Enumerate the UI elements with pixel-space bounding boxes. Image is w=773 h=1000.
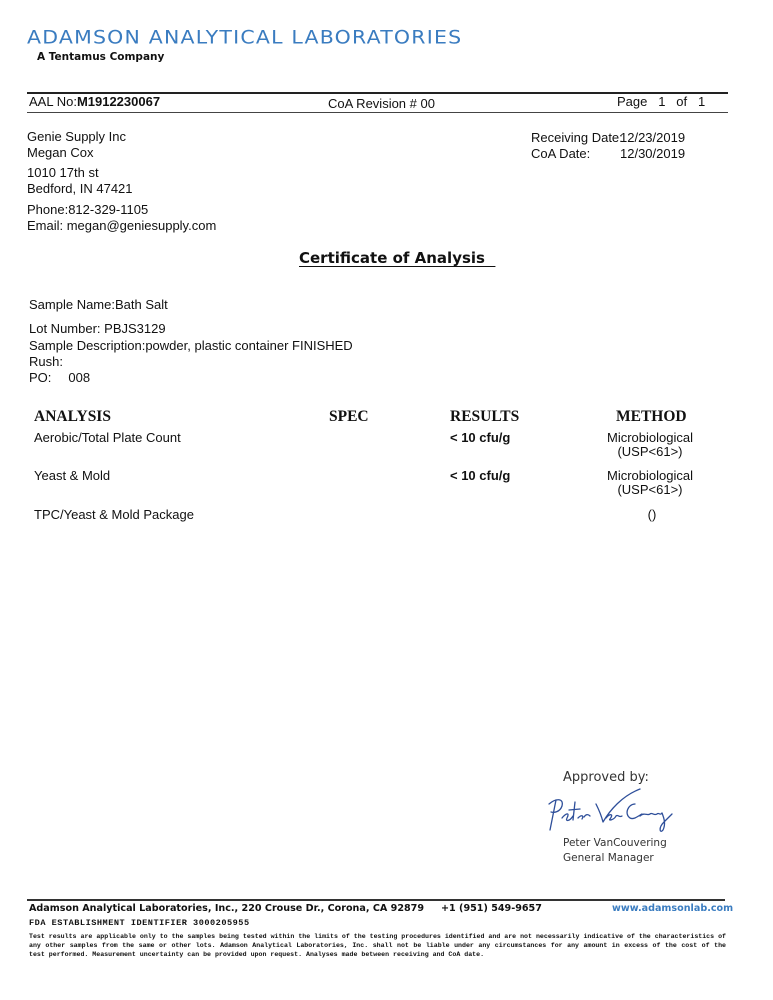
coa-date-label: CoA Date: bbox=[531, 146, 590, 162]
sample-name-label: Sample Name: bbox=[29, 297, 115, 312]
method-line2: (USP<61>) bbox=[590, 445, 710, 459]
sample-description: Sample Description:powder, plastic conta… bbox=[29, 338, 353, 354]
lot-number: Lot Number: PBJS3129 bbox=[29, 321, 166, 337]
po: PO:008 bbox=[29, 370, 90, 386]
certificate-title-text: Certificate of Analysis bbox=[299, 249, 485, 267]
lot-number-value: PBJS3129 bbox=[104, 321, 165, 336]
column-header-spec: SPEC bbox=[329, 408, 369, 426]
header-bottom-rule bbox=[27, 112, 728, 113]
fda-identifier: FDA ESTABLISHMENT IDENTIFIER 3000205955 bbox=[29, 918, 250, 928]
method-cell: () bbox=[592, 508, 712, 522]
client-address-line2: Bedford, IN 47421 bbox=[27, 181, 133, 197]
lab-logo-title: ADAMSON ANALYTICAL LABORATORIES bbox=[27, 26, 462, 48]
method-line1: Microbiological bbox=[590, 431, 710, 445]
page-indicator: Page 1 of 1 bbox=[617, 94, 705, 109]
po-label: PO: bbox=[29, 370, 51, 385]
receiving-date-label: Receiving Date: bbox=[531, 130, 623, 146]
signer-block: Peter VanCouvering General Manager bbox=[563, 836, 667, 866]
analysis-cell: Yeast & Mold bbox=[34, 469, 110, 483]
client-address-line1: 1010 17th st bbox=[27, 165, 99, 181]
coa-date-value: 12/30/2019 bbox=[620, 146, 685, 162]
client-company: Genie Supply Inc bbox=[27, 129, 126, 145]
signer-role: General Manager bbox=[563, 851, 667, 866]
analysis-cell: Aerobic/Total Plate Count bbox=[34, 431, 181, 445]
signer-name: Peter VanCouvering bbox=[563, 836, 667, 851]
aal-number-label: AAL No: bbox=[29, 94, 77, 109]
approved-by-label: Approved by: bbox=[563, 770, 649, 785]
method-cell: Microbiological (USP<61>) bbox=[590, 469, 710, 497]
method-line1: Microbiological bbox=[590, 469, 710, 483]
coa-revision: CoA Revision # 00 bbox=[328, 96, 435, 111]
result-cell: < 10 cfu/g bbox=[450, 431, 510, 445]
sample-description-value: powder, plastic container FINISHED bbox=[145, 338, 352, 353]
footer-address: Adamson Analytical Laboratories, Inc., 2… bbox=[29, 903, 424, 914]
footer-phone: +1 (951) 549-9657 bbox=[441, 903, 542, 914]
method-line2: (USP<61>) bbox=[590, 483, 710, 497]
sample-name: Sample Name:Bath Salt bbox=[29, 297, 168, 313]
column-header-method: METHOD bbox=[616, 408, 687, 426]
certificate-title: Certificate of Analysis bbox=[299, 249, 495, 267]
client-contact: Megan Cox bbox=[27, 145, 93, 161]
rush-label: Rush: bbox=[29, 354, 63, 369]
client-email: Email: megan@geniesupply.com bbox=[27, 218, 216, 234]
method-cell: Microbiological (USP<61>) bbox=[590, 431, 710, 459]
disclaimer-text: Test results are applicable only to the … bbox=[29, 932, 726, 960]
result-cell: < 10 cfu/g bbox=[450, 469, 510, 483]
aal-number: AAL No:M1912230067 bbox=[29, 94, 160, 109]
method-line1: () bbox=[592, 508, 712, 522]
lab-logo-subtitle: A Tentamus Company bbox=[37, 51, 164, 63]
column-header-analysis: ANALYSIS bbox=[34, 408, 111, 426]
po-value: 008 bbox=[68, 370, 90, 385]
sample-name-value: Bath Salt bbox=[115, 297, 168, 312]
analysis-cell: TPC/Yeast & Mold Package bbox=[34, 508, 194, 522]
sample-description-label: Sample Description: bbox=[29, 338, 145, 353]
page-total: 1 bbox=[698, 94, 705, 109]
aal-number-value: M1912230067 bbox=[77, 94, 160, 109]
client-phone: Phone:812-329-1105 bbox=[27, 202, 148, 218]
footer-rule bbox=[27, 899, 725, 901]
column-header-results: RESULTS bbox=[450, 408, 519, 426]
footer-website-link[interactable]: www.adamsonlab.com bbox=[612, 903, 733, 914]
page-of: of bbox=[676, 94, 687, 109]
page-label: Page bbox=[617, 94, 647, 109]
signature-image bbox=[540, 786, 675, 836]
page-current: 1 bbox=[658, 94, 665, 109]
receiving-date-value: 12/23/2019 bbox=[620, 130, 685, 146]
lot-number-label: Lot Number: bbox=[29, 321, 101, 336]
rush: Rush: bbox=[29, 354, 63, 370]
